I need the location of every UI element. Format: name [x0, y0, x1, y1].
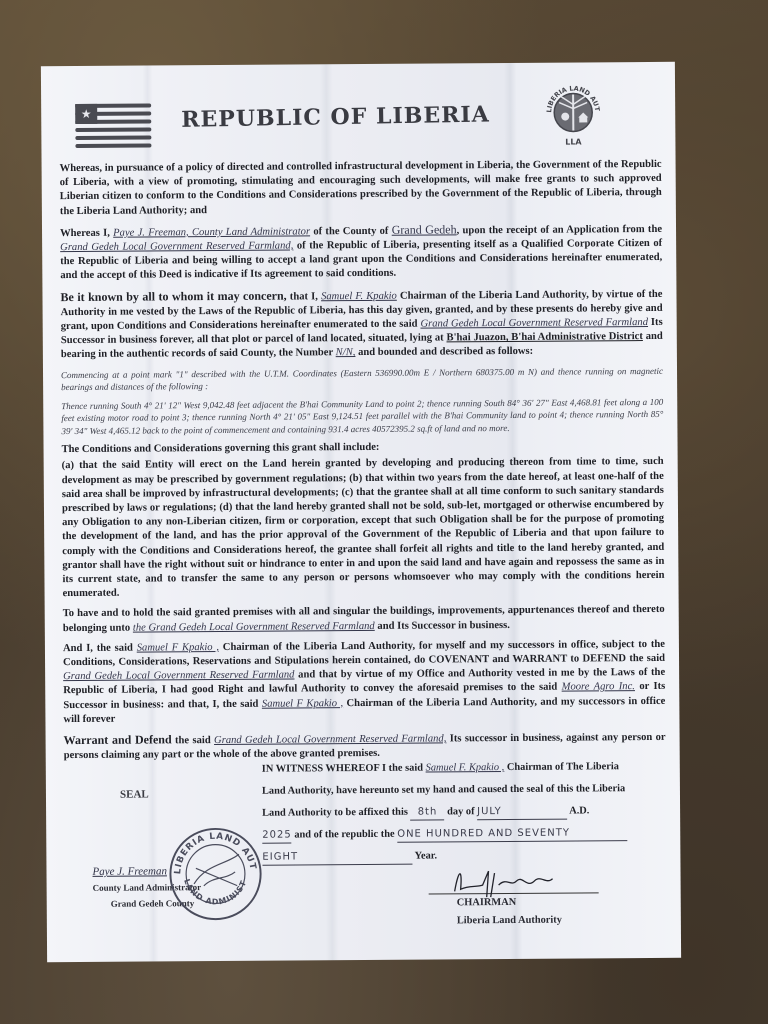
republic-year-field-line1: ONE HUNDRED AND SEVENTY — [397, 826, 627, 843]
republic-year-field-line2: EIGHT — [262, 850, 412, 866]
grantee-field: Grand Gedeh Local Government Reserved Fa… — [214, 733, 446, 746]
day-field: 8th — [410, 805, 444, 820]
official-stamp-icon: LIBERIA LAND AUTHORITY LAND ADMINISTRATO… — [166, 825, 265, 924]
svg-text:LLA: LLA — [565, 137, 582, 146]
liberia-land-authority-seal-icon: LIBERIA LAND AUTHORITY LLA — [541, 80, 605, 150]
liberia-flag-icon: ★ — [75, 103, 151, 148]
covenant-paragraph: And I, the said Samuel F Kpakio , Chairm… — [63, 638, 666, 727]
deed-body: Whereas, in pursuance of a policy of dir… — [60, 158, 666, 770]
chairman-organization: Liberia Land Authority — [457, 911, 599, 930]
grantee-field: Grand Gedeh Local Government Reserved Fa… — [60, 240, 293, 253]
seal-label: SEAL — [120, 788, 149, 800]
land-deed-document: ★ REPUBLIC OF LIBERIA LIBERIA LAND AUTHO… — [41, 62, 681, 962]
grantee-field: the Grand Gedeh Local Government Reserve… — [133, 620, 375, 633]
conveyee-field: Moore Agro Inc. — [562, 681, 635, 693]
year-field: 2025 — [262, 828, 292, 843]
month-field: JULY — [477, 805, 567, 821]
administrator-name-field: Paye J. Freeman, County Land Administrat… — [113, 226, 310, 238]
chairman-name-field: Samuel F Kpakio , — [262, 698, 343, 710]
location-field: B'hai Juazon, B'hai Administrative Distr… — [446, 331, 642, 343]
chairman-name-field: Samuel F Kpakio , — [137, 642, 219, 654]
conditions-text: (a) that the said Entity will erect on t… — [62, 455, 665, 601]
deed-number-field: N/N, — [336, 347, 356, 358]
conditions-heading: The Conditions and Considerations govern… — [62, 439, 664, 457]
county-field: Grand Gedeh — [392, 222, 457, 236]
grantee-field: Grand Gedeh Local Government Reserved Fa… — [420, 317, 648, 330]
document-title: REPUBLIC OF LIBERIA — [181, 101, 490, 132]
chairman-name-field: Samuel F. Kpakio , — [426, 762, 505, 774]
chairman-name-field: Samuel F. Kpakio — [321, 290, 397, 302]
chairman-signature-block: CHAIRMAN Liberia Land Authority — [429, 872, 599, 930]
preamble-paragraph: Whereas, in pursuance of a policy of dir… — [60, 158, 662, 219]
grant-paragraph: Be it known by all to whom it may concer… — [60, 286, 662, 363]
document-header: ★ REPUBLIC OF LIBERIA LIBERIA LAND AUTHO… — [75, 92, 615, 156]
grantee-field: Grand Gedeh Local Government Reserved Fa… — [63, 670, 294, 683]
boundary-commencement: Commencing at a point mark "1" described… — [61, 365, 663, 394]
chairman-signature-icon — [448, 865, 558, 902]
witness-clause: IN WITNESS WHEREOF I the said Samuel F. … — [262, 756, 643, 869]
habendum-paragraph: To have and to hold the said granted pre… — [63, 603, 665, 636]
boundary-courses: Thence running South 4° 21' 12" West 9,0… — [61, 396, 663, 438]
whereas-paragraph: Whereas I, Paye J. Freeman, County Land … — [60, 221, 662, 284]
